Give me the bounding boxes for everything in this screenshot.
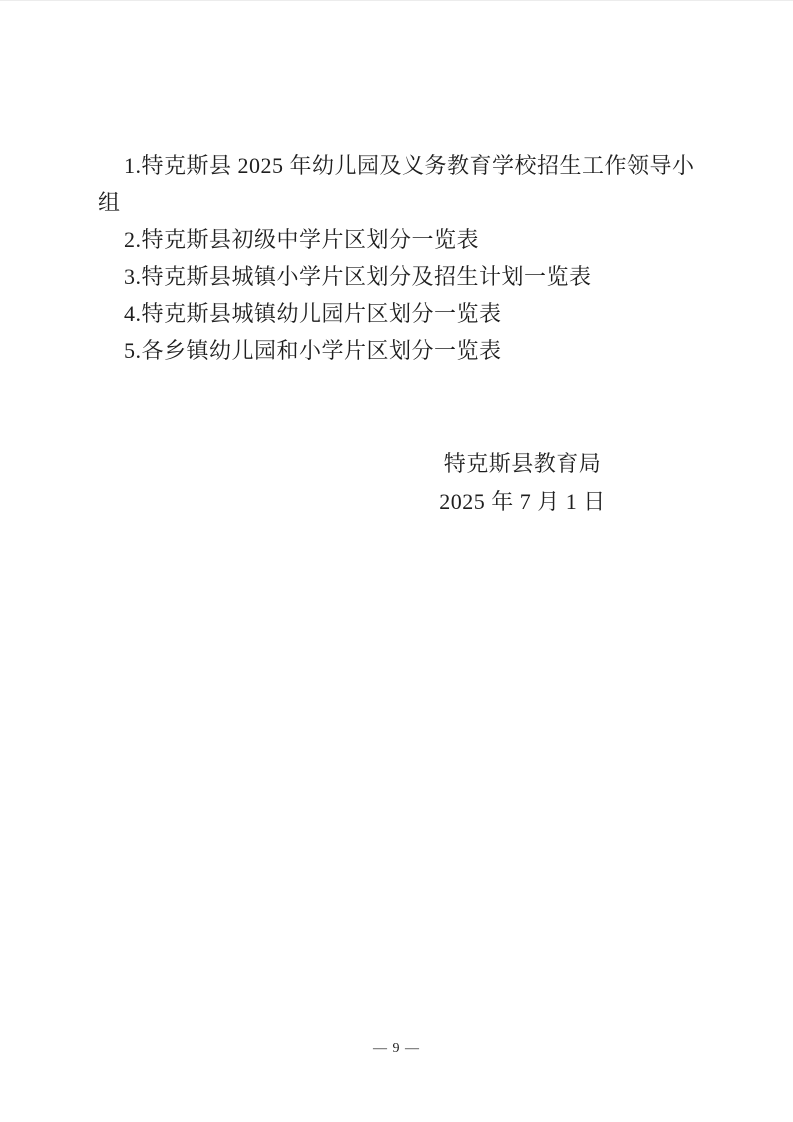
attachment-line-4: 4.特克斯县城镇幼儿园片区划分一览表 <box>98 295 738 332</box>
attachment-line-1-continuation: 组 <box>98 184 738 221</box>
document-page: 1.特克斯县 2025 年幼儿园及义务教育学校招生工作领导小 组 2.特克斯县初… <box>0 0 793 1122</box>
attachment-list: 1.特克斯县 2025 年幼儿园及义务教育学校招生工作领导小 组 2.特克斯县初… <box>98 147 738 369</box>
page-number: — 9 — <box>0 1041 793 1057</box>
attachment-line-1: 1.特克斯县 2025 年幼儿园及义务教育学校招生工作领导小 <box>98 147 738 184</box>
attachment-line-2: 2.特克斯县初级中学片区划分一览表 <box>98 221 738 258</box>
attachment-line-3: 3.特克斯县城镇小学片区划分及招生计划一览表 <box>98 258 738 295</box>
signature-block: 特克斯县教育局 2025 年 7 月 1 日 <box>420 445 625 520</box>
signature-org: 特克斯县教育局 <box>420 445 625 483</box>
signature-date: 2025 年 7 月 1 日 <box>420 483 625 521</box>
attachment-line-5: 5.各乡镇幼儿园和小学片区划分一览表 <box>98 332 738 369</box>
